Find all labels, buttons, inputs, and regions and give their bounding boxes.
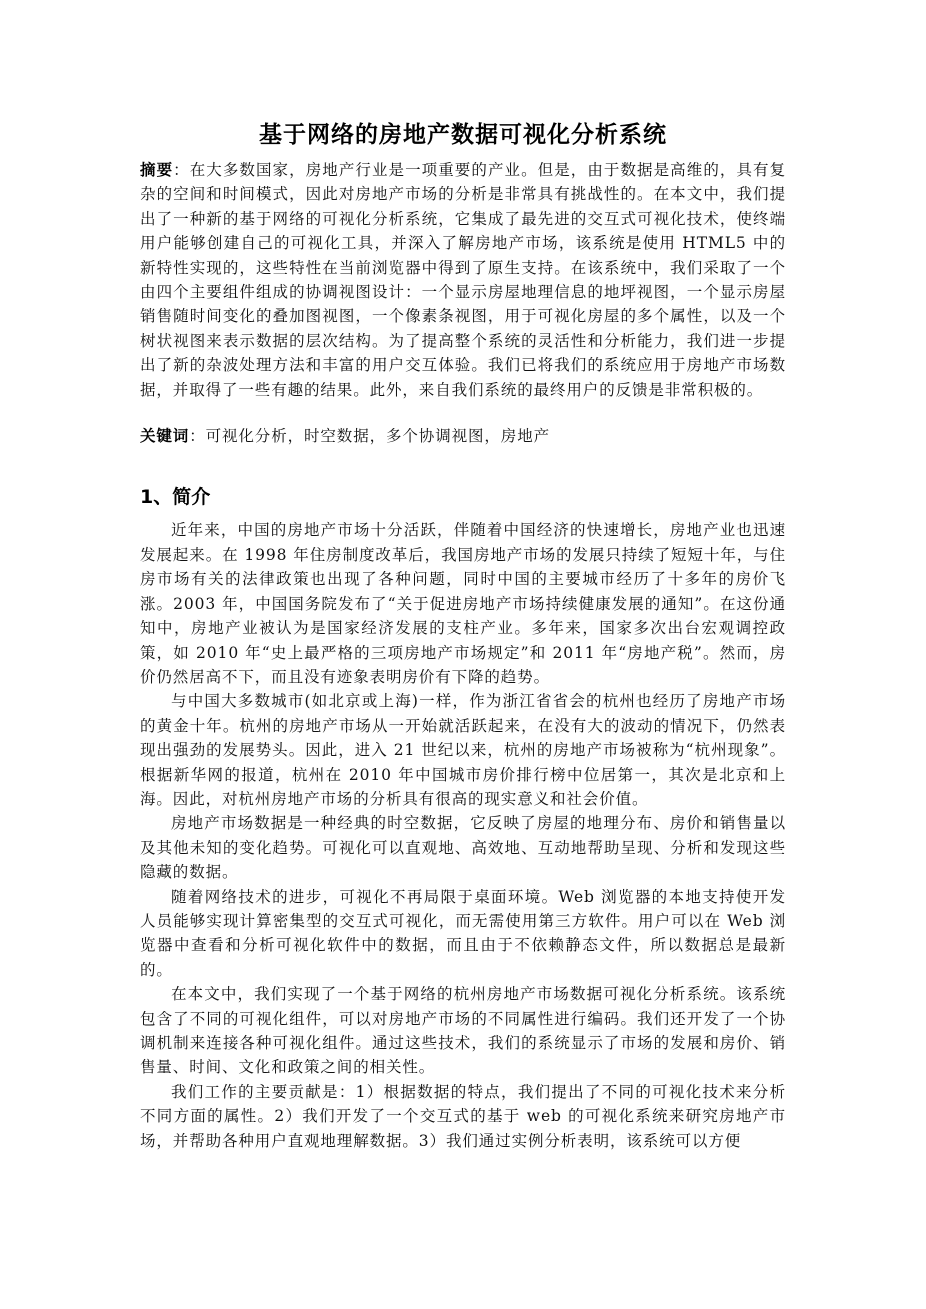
paragraph: 近年来，中国的房地产市场十分活跃，伴随着中国经济的快速增长，房地产业也迅速发展起… bbox=[140, 518, 786, 689]
paragraph: 随着网络技术的进步，可视化不再局限于桌面环境。Web 浏览器的本地支持使开发人员… bbox=[140, 885, 786, 983]
keywords-separator: ： bbox=[189, 427, 205, 445]
document-page: 基于网络的房地产数据可视化分析系统 摘要：在大多数国家，房地产行业是一项重要的产… bbox=[140, 118, 786, 1153]
keywords-label: 关键词 bbox=[140, 427, 189, 445]
paragraph: 我们工作的主要贡献是：1）根据数据的特点，我们提出了不同的可视化技术来分析不同方… bbox=[140, 1080, 786, 1153]
paragraph: 在本文中，我们实现了一个基于网络的杭州房地产市场数据可视化分析系统。该系统包含了… bbox=[140, 982, 786, 1080]
abstract: 摘要：在大多数国家，房地产行业是一项重要的产业。但是，由于数据是高维的，具有复杂… bbox=[140, 158, 786, 402]
keywords-text: 可视化分析，时空数据，多个协调视图，房地产 bbox=[206, 427, 550, 445]
section-heading-introduction: 1、简介 bbox=[140, 482, 786, 512]
paragraph: 与中国大多数城市(如北京或上海)一样，作为浙江省省会的杭州也经历了房地产市场的黄… bbox=[140, 689, 786, 811]
abstract-separator: ： bbox=[173, 161, 190, 179]
abstract-label: 摘要 bbox=[140, 161, 173, 179]
paper-title: 基于网络的房地产数据可视化分析系统 bbox=[140, 118, 786, 152]
paragraph: 房地产市场数据是一种经典的时空数据，它反映了房屋的地理分布、房价和销售量以及其他… bbox=[140, 811, 786, 884]
abstract-text: 在大多数国家，房地产行业是一项重要的产业。但是，由于数据是高维的，具有复杂的空间… bbox=[140, 161, 786, 399]
keywords: 关键词：可视化分析，时空数据，多个协调视图，房地产 bbox=[140, 424, 786, 448]
